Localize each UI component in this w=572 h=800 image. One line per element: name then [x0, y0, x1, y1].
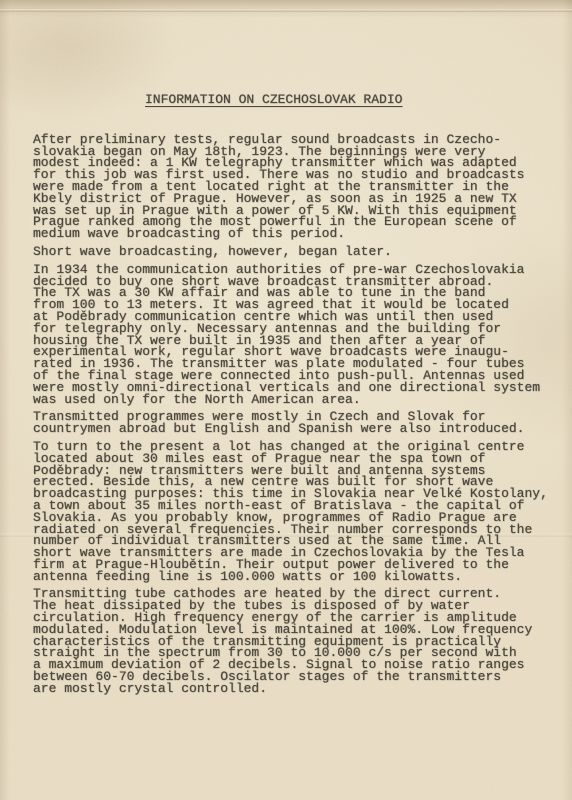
paragraph: After preliminary tests, regular sound b…: [33, 134, 558, 240]
typewritten-page: INFORMATION ON CZECHOSLOVAK RADIO After …: [0, 0, 572, 800]
paragraph: Transmitted programmes were mostly in Cz…: [33, 411, 558, 435]
paper-fold-crease-top: [0, 9, 572, 12]
paragraph: To turn to the present a lot has changed…: [33, 441, 558, 583]
paragraph: Short wave broadcasting, however, began …: [33, 246, 558, 258]
paragraph: In 1934 the communication authorities of…: [33, 264, 558, 406]
document-body: INFORMATION ON CZECHOSLOVAK RADIO After …: [33, 94, 558, 701]
paragraph: Transmitting tube cathodes are heated by…: [33, 588, 558, 694]
document-title: INFORMATION ON CZECHOSLOVAK RADIO: [145, 94, 558, 106]
